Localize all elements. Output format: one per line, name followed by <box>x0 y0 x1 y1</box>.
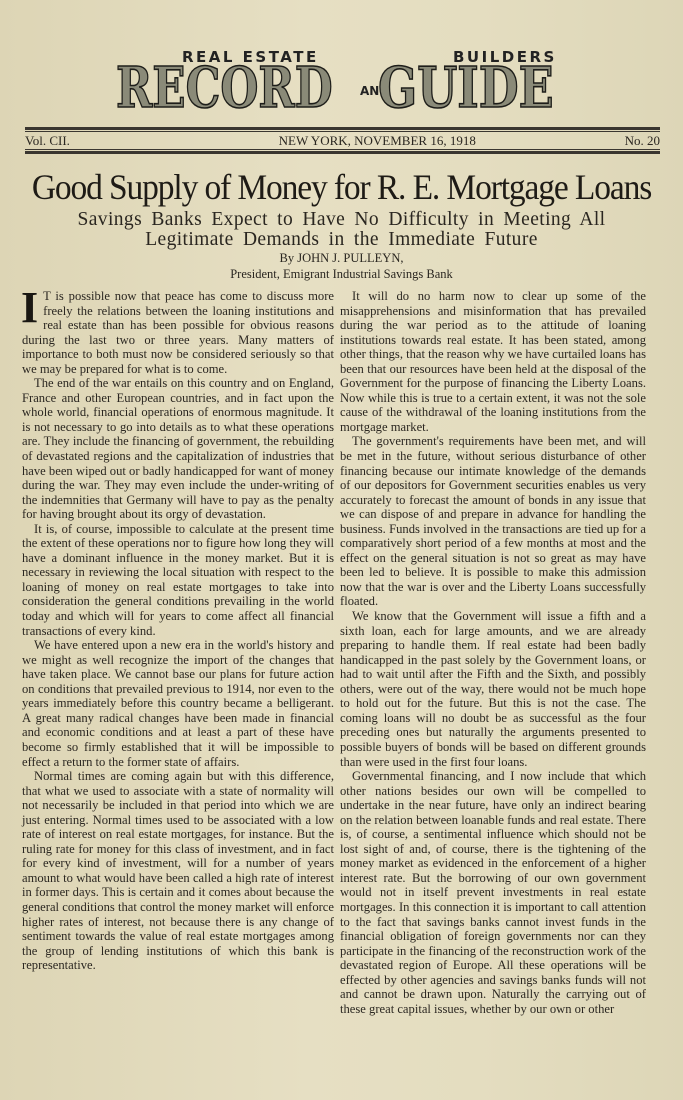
drop-cap: I <box>21 290 38 326</box>
subhead-line-1: Savings Banks Expect to Have No Difficul… <box>0 209 683 231</box>
dateline: Vol. CII. NEW YORK, NOVEMBER 16, 1918 No… <box>25 133 660 149</box>
bottom-rule-thin <box>25 149 660 150</box>
bottom-rule <box>25 151 660 154</box>
newspaper-page: REAL ESTATE RECORD AND BUILDERS GUIDE Vo… <box>0 0 683 1100</box>
masthead: REAL ESTATE RECORD AND BUILDERS GUIDE <box>110 44 570 120</box>
paragraph: It will do no harm now to clear up some … <box>340 289 646 434</box>
subhead-line-2: Legitimate Demands in the Immediate Futu… <box>0 229 683 251</box>
paragraph: We know that the Government will issue a… <box>340 609 646 769</box>
author-affiliation: President, Emigrant Industrial Savings B… <box>0 267 683 282</box>
paragraph: We have entered upon a new era in the wo… <box>22 638 334 769</box>
paragraph: The government's requirements have been … <box>340 434 646 609</box>
volume-label: Vol. CII. <box>25 133 70 149</box>
masthead-guide: GUIDE <box>378 60 554 116</box>
top-rule <box>25 127 660 130</box>
paragraph: Governmental financing, and I now includ… <box>340 769 646 1016</box>
paragraph: The end of the war entails on this count… <box>22 376 334 521</box>
issue-number: No. 20 <box>625 133 660 149</box>
top-rule-thin <box>25 131 660 132</box>
place-date: NEW YORK, NOVEMBER 16, 1918 <box>279 133 476 149</box>
paragraph: It is, of course, impossible to calculat… <box>22 522 334 638</box>
paragraph: Normal times are coming again but with t… <box>22 769 334 973</box>
right-column: It will do no harm now to clear up some … <box>340 289 646 1016</box>
byline: By JOHN J. PULLEYN, <box>0 251 683 266</box>
masthead-record: RECORD <box>116 60 333 116</box>
left-column: IT is possible now that peace has come t… <box>22 289 334 973</box>
paragraph: IT is possible now that peace has come t… <box>22 289 334 376</box>
headline: Good Supply of Money for R. E. Mortgage … <box>24 166 659 208</box>
